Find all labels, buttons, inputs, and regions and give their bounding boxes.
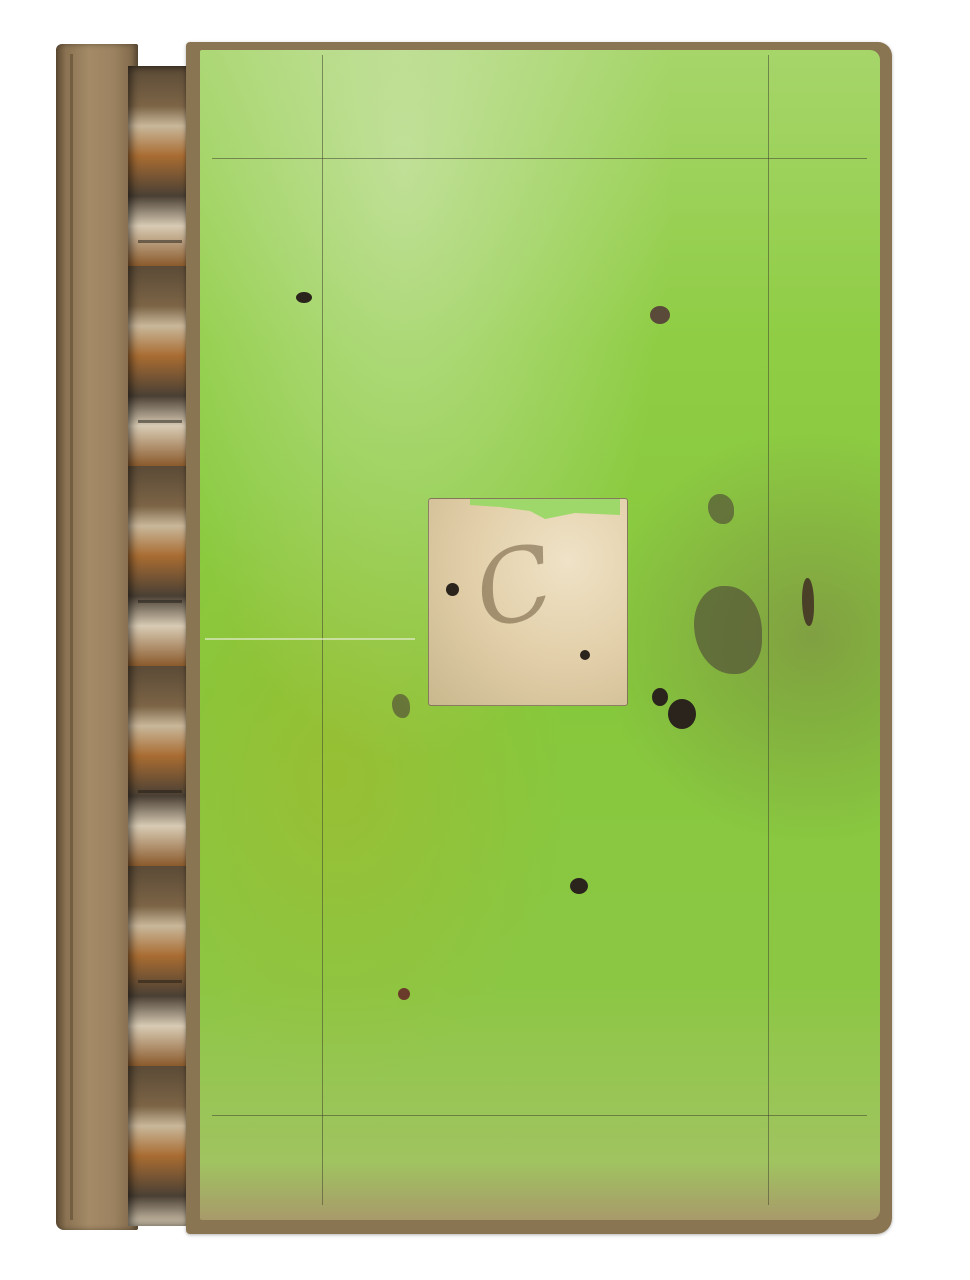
spine-stitch (138, 790, 182, 793)
ink-spot (652, 688, 668, 706)
label-hole (446, 583, 459, 596)
dirt-stain (708, 494, 734, 524)
spine-stitch (138, 600, 182, 603)
ink-spot (668, 699, 696, 729)
ruled-line-left (322, 55, 323, 1205)
scratch-line (205, 638, 415, 640)
ink-spot (296, 292, 312, 303)
ink-spot (650, 306, 670, 324)
dirt-stain (802, 578, 814, 626)
ink-spot (570, 878, 588, 894)
book-photo: C (0, 0, 970, 1280)
spine-stitch (138, 420, 182, 423)
ruled-line-right (768, 55, 769, 1205)
ink-spot (398, 988, 410, 1000)
dirt-stain (392, 694, 410, 718)
label-hole (580, 650, 590, 660)
back-board (56, 44, 138, 1230)
spine-stitch (138, 240, 182, 243)
spine-stitch (138, 980, 182, 983)
